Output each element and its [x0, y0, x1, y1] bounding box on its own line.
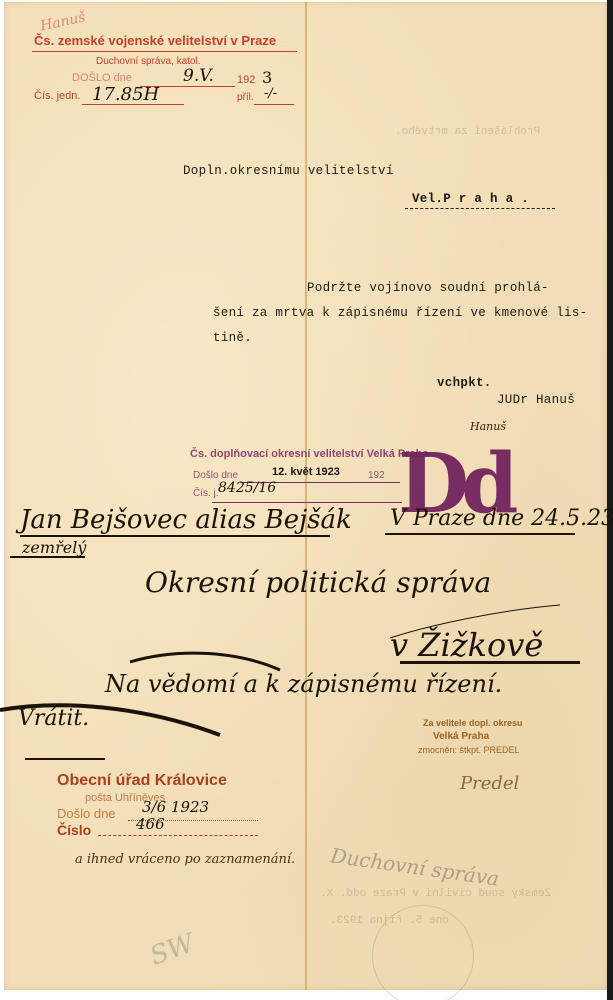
municipal-stamp-number-value: 466	[136, 815, 165, 833]
municipal-stamp-title: Obecní úřad Královice	[57, 772, 227, 790]
header-attachments-label: příl.	[237, 92, 254, 103]
purple-stamp-ref-value: 8425/16	[218, 480, 276, 496]
addressee-line1: Dopln.okresnímu velitelství	[183, 164, 394, 178]
handwritten-return-note: Vrátit.	[18, 706, 89, 731]
signature-stamp-line3: zmocněn: štkpt. PREDEL	[418, 745, 520, 755]
body-line1: Podržte vojínovo soudní prohlá-	[307, 281, 549, 295]
handwritten-place-date: V Praze dne 24.5.23.	[390, 506, 613, 531]
signature-stamp-line2: Velká Praha	[433, 731, 489, 742]
bleed-through-footer: Zemský soud civilní v Praze odd. X.	[320, 888, 551, 900]
subject-underline	[20, 535, 330, 537]
handwritten-recipient-line1: Okresní politická správa	[145, 566, 491, 599]
purple-stamp-title: Čs. doplňovací okresní velitelství Velká…	[190, 448, 428, 460]
paper-fold-line	[305, 2, 307, 990]
signature-stamp-handwritten: Predel	[460, 773, 519, 794]
header-ref-value: 17.85H	[92, 84, 159, 105]
return-underline	[25, 758, 105, 760]
signature-name: JUDr Hanuš	[497, 393, 575, 407]
bleed-through-heading: Prohlášení za mrtvého.	[395, 126, 540, 138]
header-ref-label: Čís. jedn.	[34, 90, 80, 102]
footer-note: a ihned vráceno po zaznamenání.	[75, 852, 295, 867]
purple-stamp-ref-line	[212, 502, 402, 503]
header-attachments-line	[254, 104, 294, 105]
signature-stamp-line1: Za velitele dopl. okresu	[423, 718, 523, 728]
municipal-number-line	[98, 835, 258, 836]
header-attachments-value: -/-	[264, 86, 277, 101]
header-stamp-rule	[32, 51, 297, 52]
body-line3: tině.	[213, 331, 252, 345]
municipal-stamp-received-date: 3/6 1923	[142, 798, 209, 816]
addressee-line2: Vel.P r a h a .	[412, 192, 529, 206]
handwritten-subject: Jan Bejšovec alias Bejšák	[20, 505, 352, 535]
faint-round-seal	[372, 905, 474, 1000]
place-date-underline	[385, 533, 575, 535]
purple-stamp-ref-label: Čís. j.	[193, 488, 219, 499]
status-underline	[10, 556, 85, 558]
municipal-stamp-number-label: Číslo	[57, 822, 91, 838]
header-received-label: DOŠLO dne	[72, 72, 132, 84]
signature-handwritten: Hanuš	[470, 420, 506, 433]
signature-rank: vchpkt.	[437, 376, 492, 390]
header-year-prefix: 192	[237, 74, 255, 86]
municipal-stamp-received-label: Došlo dne	[57, 806, 116, 821]
purple-stamp-year-prefix: 192	[368, 470, 385, 481]
body-line2: šení za mrtva k zápisnému řízení ve kmen…	[213, 306, 587, 320]
header-stamp-title: Čs. zemské vojenské velitelství v Praze	[34, 33, 276, 48]
header-year-suffix: 3	[262, 68, 272, 87]
purple-stamp-received-date: 12. květ 1923	[272, 466, 340, 478]
header-received-date: 9.V.	[183, 66, 214, 86]
handwritten-subject-status: zemřelý	[22, 538, 86, 557]
addressee-underline	[405, 208, 555, 209]
scan-edge	[607, 0, 613, 1000]
